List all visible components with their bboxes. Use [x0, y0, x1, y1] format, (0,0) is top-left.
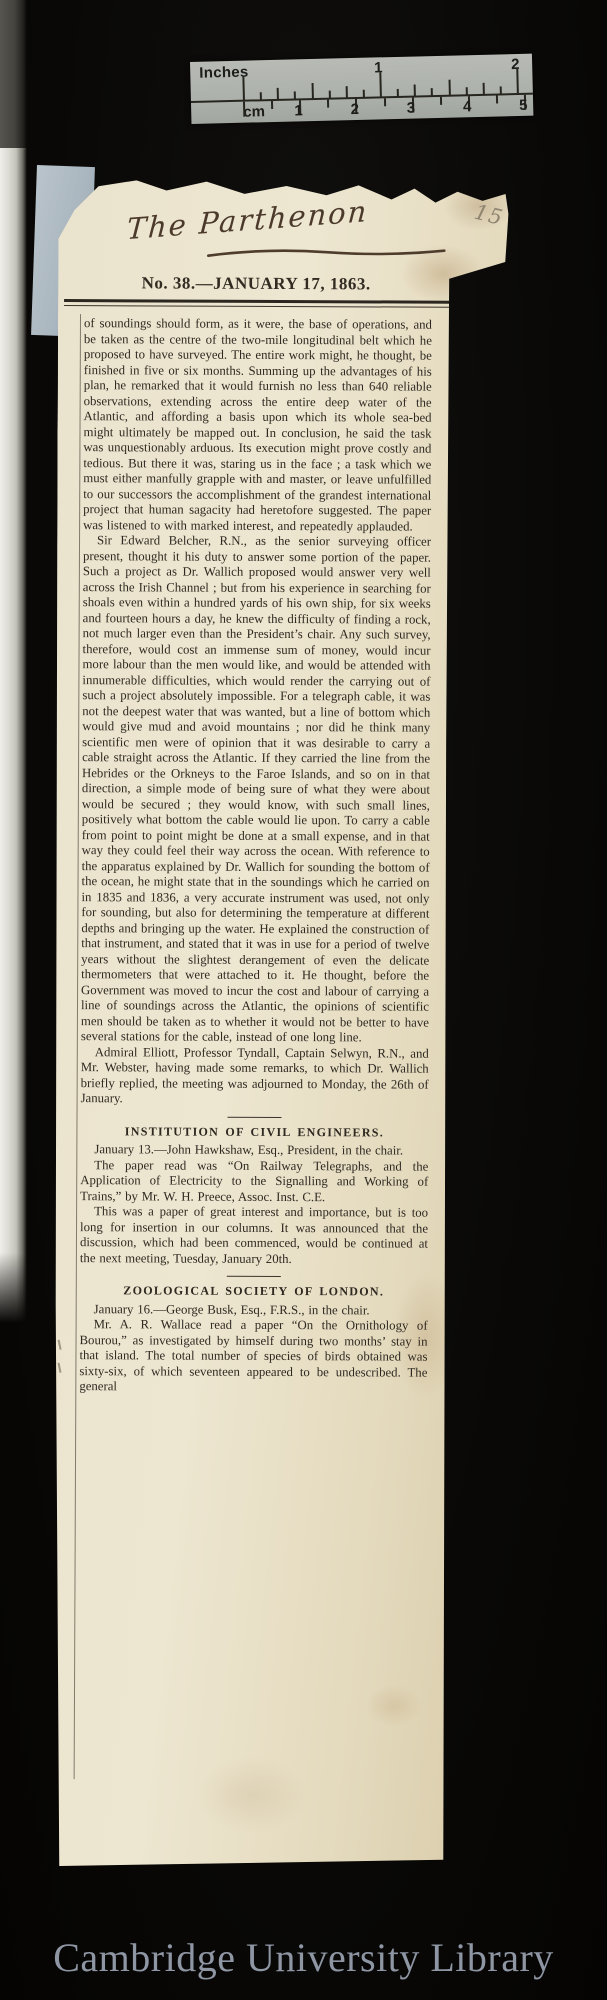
ruler-cm-tick — [496, 95, 498, 103]
ruler-cm-tick — [440, 97, 442, 105]
album-edge-top — [0, 0, 27, 150]
ruler-inch-tick — [328, 91, 330, 99]
handwritten-title: The Parthenon — [126, 190, 427, 246]
ruler-inch-tick — [465, 87, 467, 95]
ruler-inch-tick — [260, 92, 262, 100]
ruler-inch-tick — [414, 84, 416, 96]
ruler-inches-label: Inches — [199, 64, 249, 82]
masthead-rule-thin — [64, 305, 450, 308]
paragraph: Sir Edward Belcher, R.N., as the senior … — [81, 533, 431, 1046]
paragraph: Mr. A. R. Wallace read a paper “On the O… — [79, 1317, 427, 1396]
section-heading: ZOOLOGICAL SOCIETY OF LONDON. — [80, 1283, 428, 1300]
society-section: INSTITUTION OF CIVIL ENGINEERS.January 1… — [80, 1116, 429, 1268]
section-divider — [228, 1116, 282, 1117]
ruler-inch-number: 1 — [374, 59, 383, 76]
handwritten-underline — [206, 245, 446, 262]
ruler-inch-tick — [311, 83, 313, 99]
ruler-ticks: 1212345 — [190, 54, 532, 62]
ruler-inch-tick — [294, 91, 296, 99]
clipping-sections: INSTITUTION OF CIVIL ENGINEERS.January 1… — [79, 1116, 428, 1397]
ruler-cm-number: 1 — [294, 102, 303, 119]
article-column: of soundings should form, as it were, th… — [79, 316, 432, 1396]
article-continuation: of soundings should form, as it were, th… — [81, 316, 432, 1108]
paragraph: The paper read was “On Railway Telegraph… — [80, 1158, 428, 1206]
scan-photo-surface: Inches cm 1212345 The Parthenon 15 No. 3… — [0, 0, 607, 2000]
ruler-inch-tick — [397, 89, 399, 97]
masthead-rule-heavy — [64, 299, 450, 304]
ruler-inch-tick — [482, 83, 484, 95]
ruler-inch-number: 2 — [511, 56, 520, 73]
ruler-inch-tick — [363, 90, 365, 98]
ruler-inch-tick — [431, 88, 433, 96]
ruler-cm-number: 3 — [407, 100, 416, 117]
section-heading: INSTITUTION OF CIVIL ENGINEERS. — [80, 1124, 428, 1141]
ruler-cm-tick — [243, 102, 245, 117]
pencil-page-number: 15 — [472, 200, 506, 230]
paragraph: of soundings should form, as it were, th… — [83, 316, 432, 535]
library-watermark: Cambridge University Library — [0, 1934, 607, 1981]
album-page-fore-edge — [0, 148, 27, 1323]
masthead-date-line: No. 38.—JANUARY 17, 1863. — [64, 273, 448, 295]
paragraph: This was a paper of great interest and i… — [80, 1204, 428, 1268]
margin-pencil-mark — [57, 1361, 68, 1373]
ruler-cm-tick — [327, 100, 329, 108]
ruler-cm-number: 4 — [463, 98, 472, 115]
ruler-inch-tick — [277, 88, 279, 100]
margin-pencil-mark — [58, 1338, 69, 1350]
paragraph: Admiral Elliott, Professor Tyndall, Capt… — [81, 1045, 429, 1109]
ruler-cm-number: 5 — [519, 97, 528, 114]
section-divider — [227, 1276, 281, 1277]
ruler-cm-number: 2 — [350, 101, 359, 118]
newspaper-clipping: The Parthenon 15 No. 38.—JANUARY 17, 186… — [51, 144, 509, 1868]
ruler-cm-tick — [271, 101, 273, 109]
ruler-inch-tick — [500, 86, 502, 94]
ruler-cm-label: cm — [243, 103, 265, 121]
society-section: ZOOLOGICAL SOCIETY OF LONDON.January 16.… — [79, 1275, 428, 1396]
ruler-inch-tick — [448, 80, 450, 96]
paragraph: January 13.—John Hawkshaw, Esq., Preside… — [80, 1142, 428, 1159]
ruler: Inches cm 1212345 — [190, 54, 533, 124]
paragraph: January 16.—George Busk, Esq., F.R.S., i… — [80, 1302, 428, 1319]
ruler-cm-tick — [383, 98, 385, 106]
ruler-inch-tick — [345, 86, 347, 98]
